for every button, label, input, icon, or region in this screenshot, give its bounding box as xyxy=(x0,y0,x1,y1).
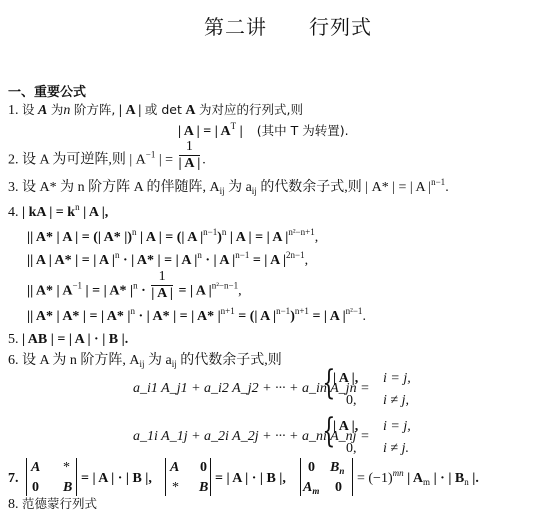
item-number: 1. xyxy=(8,103,19,118)
result-3: = (−1)mn | Am | · | Bn |. xyxy=(357,472,479,486)
text: 阶方阵, xyxy=(74,102,115,117)
case-1-condition: i = j, xyxy=(383,420,411,434)
math-expr: | = | A* | xyxy=(82,284,133,299)
case-2-condition: i ≠ j, xyxy=(383,394,409,408)
case-2-condition: i ≠ j. xyxy=(383,442,409,456)
cell: Am xyxy=(303,480,319,496)
fraction: 1 | A | xyxy=(179,140,201,171)
superscript: n−1 xyxy=(276,306,290,316)
math-expr: | · | B xyxy=(430,471,464,486)
cell: 0 xyxy=(32,480,39,496)
text: 为 a xyxy=(225,180,252,195)
text: 为 a xyxy=(144,353,171,368)
math-var: n xyxy=(63,103,70,118)
item-4-line3: || A* | A−1 | = | A* |n · 1 | A | = | A … xyxy=(27,282,242,301)
det-bar-left xyxy=(165,458,166,496)
math-expr: = (| A | xyxy=(235,309,276,324)
math-expr: · xyxy=(138,284,146,299)
math-expr: | xyxy=(240,124,243,139)
det-bar-left xyxy=(300,458,301,496)
det-bar-right xyxy=(76,458,77,496)
math-expr: | kA | = k xyxy=(22,205,75,220)
superscript: n−1 xyxy=(203,227,217,237)
text: 或 det xyxy=(145,102,182,117)
text: , xyxy=(238,284,242,299)
math-expr: | A | = (| A | xyxy=(137,230,204,245)
text: 设 A* 为 n 阶方阵 A 的伴随阵, A xyxy=(22,180,220,195)
item-1-formula: | A | = | AT | (其中 T 为转置). xyxy=(178,125,349,139)
superscript: 2n−1 xyxy=(286,250,305,260)
item-3: 3. 设 A* 为 n 阶方阵 A 的伴随阵, Aij 为 aij 的代数余子式… xyxy=(8,181,449,195)
superscript: n+1 xyxy=(221,306,235,316)
denominator: | A | xyxy=(179,156,201,171)
text: = (−1) xyxy=(357,471,393,486)
math-expr: = | A | xyxy=(309,309,346,324)
case-1-value: | A |, xyxy=(333,372,358,386)
superscript: n²−n−1 xyxy=(212,281,238,291)
case-1-value: | A |, xyxy=(333,420,358,434)
result-1: = | A | · | B |, xyxy=(81,472,152,486)
text: 范德蒙行列式 xyxy=(22,496,97,511)
text: 为 xyxy=(51,102,64,117)
math-expr: · | A | xyxy=(202,253,235,268)
text: 设 A 为可逆阵,则 | A xyxy=(22,153,146,168)
superscript: n+1 xyxy=(295,306,309,316)
item-5: 5. | AB | = | A | · | B |. xyxy=(8,333,128,347)
item-4-line2: || A | A* | = | A |n · | A* | = | A |n ·… xyxy=(27,254,308,268)
numerator: 1 xyxy=(179,140,201,156)
cell-label: B xyxy=(330,460,339,475)
text: . xyxy=(202,153,206,168)
item-number: 4. xyxy=(8,205,19,220)
superscript: n−1 xyxy=(235,250,249,260)
text: . xyxy=(362,309,366,324)
item-4-line1: || A* | A | = (| A* |)n | A | = (| A |n−… xyxy=(27,231,318,245)
item-4-line0: 4. | kA | = kn | A |, xyxy=(8,206,108,220)
math-expr: |. xyxy=(469,471,479,486)
text: . xyxy=(445,180,449,195)
math-expr: | A | = | A xyxy=(178,124,231,139)
cell: * xyxy=(172,480,179,496)
superscript: −1 xyxy=(146,150,156,160)
item-number: 6. xyxy=(8,353,19,368)
superscript: n²−n+1 xyxy=(288,227,314,237)
item-number: 2. xyxy=(8,153,19,168)
subscript: n xyxy=(339,466,344,476)
text: | = xyxy=(155,153,173,168)
det-bar-right xyxy=(352,458,353,496)
math-var: A xyxy=(38,103,47,118)
text: 设 A 为 n 阶方阵, A xyxy=(22,353,139,368)
item-number: 5. xyxy=(8,332,19,347)
page-title: 第二讲 行列式 xyxy=(204,17,372,37)
math-expr: · | A* | = | A | xyxy=(119,253,197,268)
det-bar-right xyxy=(210,458,211,496)
superscript: T xyxy=(231,121,237,131)
math-expr: | A | = | A | xyxy=(226,230,288,245)
math-expr: | A xyxy=(404,471,423,486)
superscript: n−1 xyxy=(431,177,445,187)
section-heading: 一、重要公式 xyxy=(8,86,86,99)
text: 的代数余子式,则 xyxy=(177,353,282,368)
subscript: m xyxy=(312,486,319,496)
math-var: A xyxy=(185,103,195,118)
item-number: 3. xyxy=(8,180,19,195)
det-bar-left xyxy=(26,458,27,496)
cell: 0 xyxy=(308,460,315,476)
case-2-value: 0, xyxy=(346,394,357,408)
text: , xyxy=(315,230,319,245)
superscript: n²−1 xyxy=(346,306,363,316)
cell: * xyxy=(63,460,70,476)
math-expr: || A* | A* | = | A* | xyxy=(27,309,131,324)
text: 为对应的行列式,则 xyxy=(199,102,303,117)
math-expr: = | A | xyxy=(175,284,212,299)
text: 的代数余子式,则 | A* | = | A | xyxy=(257,180,431,195)
superscript: −1 xyxy=(72,281,82,291)
case-2-value: 0, xyxy=(346,442,357,456)
math-expr: | A | xyxy=(119,103,142,118)
result-2: = | A | · | B |, xyxy=(215,472,286,486)
denominator: | A | xyxy=(151,286,173,301)
cell: B xyxy=(199,480,208,496)
note: (其中 T 为转置). xyxy=(257,123,349,138)
subscript: m xyxy=(423,477,430,487)
item-2: 2. 设 A 为可逆阵,则 | A−1 | = 1 | A | . xyxy=(8,150,206,171)
item-number: 8. xyxy=(8,497,19,512)
cell: 0 xyxy=(335,480,342,496)
item-1: 1. 设 A 为n 阶方阵, | A | 或 det A 为对应的行列式,则 xyxy=(8,104,303,118)
case-1-condition: i = j, xyxy=(383,372,411,386)
math-expr: · | A* | = | A* | xyxy=(135,309,221,324)
cell: 0 xyxy=(200,460,207,476)
math-expr: || A* | A | = (| A* |) xyxy=(27,230,132,245)
item-7-number: 7. xyxy=(8,472,19,486)
cell: A xyxy=(31,460,40,476)
item-4-line4: || A* | A* | = | A* |n · | A* | = | A* |… xyxy=(27,310,366,324)
cell: Bn xyxy=(330,460,344,476)
math-expr: | A |, xyxy=(80,205,109,220)
cell: A xyxy=(170,460,179,476)
math-expr: || A | A* | = | A | xyxy=(27,253,115,268)
cell-label: A xyxy=(303,480,312,495)
cell: B xyxy=(63,480,72,496)
item-8: 8. 范德蒙行列式 xyxy=(8,498,97,512)
item-6: 6. 设 A 为 n 阶方阵, Aij 为 aij 的代数余子式,则 xyxy=(8,354,282,368)
text: 设 xyxy=(22,102,35,117)
superscript: mn xyxy=(393,468,404,478)
fraction: 1 | A | xyxy=(151,270,173,301)
math-expr: | AB | = | A | · | B |. xyxy=(22,332,128,347)
numerator: 1 xyxy=(151,270,173,286)
text: , xyxy=(305,253,309,268)
math-expr: || A* | A xyxy=(27,284,72,299)
math-expr: = | A | xyxy=(249,253,286,268)
